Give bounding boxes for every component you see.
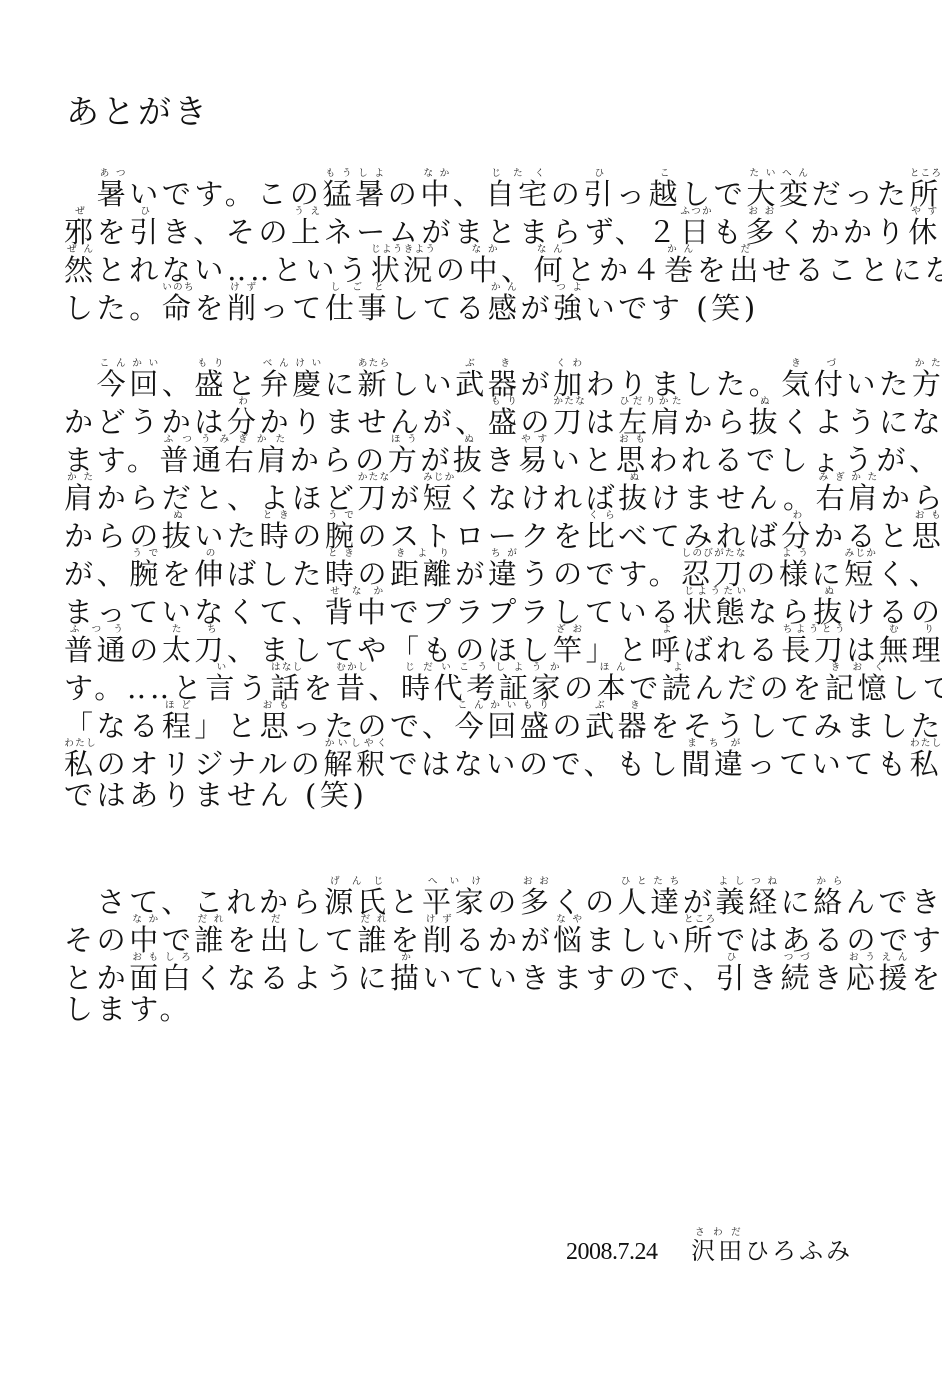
furigana: きおく <box>825 662 890 673</box>
furigana: あつ <box>97 168 130 179</box>
ruby-word: 猛暑もうしよ <box>323 177 388 211</box>
furigana: あたら <box>357 358 390 369</box>
page-title: あとがき <box>66 92 210 132</box>
ruby-word: 出だ <box>260 923 293 957</box>
ruby-word: 刀かたな <box>553 405 586 439</box>
furigana: か <box>390 952 423 963</box>
furigana: こんかいもり <box>455 700 553 711</box>
ruby-word: 沢田さわだ <box>691 1237 745 1265</box>
furigana: みじか <box>844 548 877 559</box>
furigana: わたし <box>64 738 97 749</box>
ruby-word: 所ところ <box>684 923 717 957</box>
furigana: なか <box>420 168 453 179</box>
furigana: たち <box>162 624 227 635</box>
furigana: ぬ <box>618 472 651 483</box>
furigana: おも <box>616 434 649 445</box>
furigana: おうえん <box>846 952 911 963</box>
furigana: こんかい <box>97 358 162 369</box>
ruby-word: 伸の <box>194 557 227 591</box>
furigana: うえ <box>291 206 324 217</box>
ruby-word: 背中せなか <box>324 595 389 629</box>
furigana: だ <box>729 244 762 255</box>
furigana: おも <box>912 510 942 521</box>
furigana: かいしやく <box>323 738 388 749</box>
furigana: おお <box>520 876 553 887</box>
ruby-word: 武器ぶき <box>585 709 650 743</box>
ruby-word: 言い <box>205 671 238 705</box>
ruby-word: 悩なや <box>553 923 586 957</box>
ruby-word: 気付きづ <box>781 367 846 401</box>
furigana: かん <box>488 282 521 293</box>
ruby-word: 引ひ <box>583 177 616 211</box>
ruby-word: 上うえ <box>291 215 324 249</box>
ruby-word: 多おお <box>520 885 553 919</box>
ruby-word: 暑あつ <box>97 177 130 211</box>
furigana: とき <box>260 510 293 521</box>
furigana: ほん <box>597 662 630 673</box>
signature-date: 2008.7.24 <box>566 1239 658 1265</box>
ruby-word: 引ひ <box>715 961 748 995</box>
furigana: い <box>205 662 238 673</box>
ruby-word: 義経よしつね <box>715 885 780 919</box>
furigana: しのびがたな <box>681 548 746 559</box>
ruby-word: 抜ぬ <box>162 519 195 553</box>
furigana: わ <box>227 396 260 407</box>
furigana: かた <box>64 472 97 483</box>
furigana: から <box>813 876 846 887</box>
furigana: さわだ <box>691 1227 745 1238</box>
furigana: つづ <box>781 952 814 963</box>
ruby-word: 盛もり <box>194 367 227 401</box>
ruby-word: 新あたら <box>357 367 390 401</box>
ruby-word: 自宅じたく <box>486 177 551 211</box>
furigana: ところ <box>684 914 717 925</box>
ruby-word: 削けず <box>227 291 260 325</box>
furigana: よ <box>662 662 695 673</box>
furigana: きより <box>390 548 455 559</box>
furigana: ひ <box>715 952 748 963</box>
furigana: ところ <box>909 168 942 179</box>
furigana: きづ <box>781 358 846 369</box>
ruby-word: 出だ <box>729 253 762 287</box>
ruby-word: 間違まちが <box>681 747 746 781</box>
ruby-word: 抜ぬ <box>618 481 651 515</box>
ruby-word: 記憶きおく <box>825 671 890 705</box>
ruby-word: 今回盛こんかいもり <box>455 709 553 743</box>
ruby-word: 弁慶べんけい <box>260 367 325 401</box>
furigana: いのち <box>162 282 195 293</box>
furigana: かん <box>664 244 697 255</box>
ruby-word: 休やす <box>908 215 941 249</box>
furigana: まちが <box>681 738 746 749</box>
furigana: やす <box>518 434 551 445</box>
furigana: おもしろ <box>129 952 194 963</box>
furigana: よう <box>779 548 812 559</box>
ruby-word: 刀かたな <box>357 481 390 515</box>
signature-author: 沢田さわだひろふみ <box>691 1237 853 1265</box>
furigana: ちが <box>488 548 521 559</box>
furigana: げんじ <box>324 876 389 887</box>
ruby-word: 絡から <box>813 885 846 919</box>
furigana: うで <box>325 510 358 521</box>
furigana: ぶき <box>455 358 520 369</box>
ruby-word: 削けず <box>423 923 456 957</box>
text-line: 暑あついです。この猛暑もうしよの中なか、自宅じたくの引ひっ越こしで大変たいへんだ… <box>64 168 864 206</box>
furigana: とき <box>325 548 358 559</box>
ruby-word: 肩かた <box>64 481 97 515</box>
furigana: くら <box>586 510 619 521</box>
ruby-word: 方ほう <box>388 443 421 477</box>
ruby-word: 盛もり <box>488 405 521 439</box>
ruby-word: 中なか <box>420 177 453 211</box>
furigana: ひ <box>583 168 616 179</box>
ruby-word: 仕事しごと <box>325 291 390 325</box>
furigana: しごと <box>325 282 390 293</box>
ruby-word: 右肩みぎかた <box>816 481 881 515</box>
furigana: はなし <box>271 662 304 673</box>
furigana: なや <box>553 914 586 925</box>
ruby-word: 普通ふつう <box>64 633 129 667</box>
furigana: ぜ <box>64 206 97 217</box>
furigana: かたな <box>357 472 390 483</box>
furigana: ぬ <box>453 434 486 445</box>
ruby-word: 程ほど <box>162 709 195 743</box>
furigana: こ <box>649 168 682 179</box>
text-line: 今回こんかい、盛もりと弁慶べんけいに新あたらしい武器ぶきが加くわわりました。気付… <box>64 358 864 396</box>
furigana: わたし <box>910 738 942 749</box>
furigana: おお <box>745 206 778 217</box>
furigana: おも <box>260 700 293 711</box>
ruby-word: 様よう <box>779 557 812 591</box>
furigana: なか <box>469 244 502 255</box>
ruby-word: 方かた <box>912 367 942 401</box>
paragraph-new-weapons: 今回こんかい、盛もりと弁慶べんけいに新あたらしい武器ぶきが加くわわりました。気付… <box>64 358 864 814</box>
furigana: むかし <box>336 662 369 673</box>
furigana: なか <box>129 914 162 925</box>
furigana: じだいこうしようか <box>401 662 564 673</box>
paragraph-summer-move: 暑あついです。この猛暑もうしよの中なか、自宅じたくの引ひっ越こしで大変たいへんだ… <box>64 168 864 320</box>
furigana: かたな <box>553 396 586 407</box>
ruby-word: 抜ぬ <box>749 405 782 439</box>
furigana: なん <box>534 244 567 255</box>
furigana: ほう <box>388 434 421 445</box>
ruby-word: 状態じようたい <box>683 595 748 629</box>
furigana: ふつか <box>680 206 713 217</box>
ruby-word: 腕うで <box>129 557 162 591</box>
furigana: へいけ <box>422 876 487 887</box>
furigana: たいへん <box>746 168 811 179</box>
ruby-word: 読よ <box>662 671 695 705</box>
furigana: ちようとう <box>781 624 846 635</box>
ruby-word: 然ぜん <box>64 253 97 287</box>
ruby-word: 今回こんかい <box>97 367 162 401</box>
ruby-word: 昔むかし <box>336 671 369 705</box>
furigana: わ <box>781 510 814 521</box>
furigana: くわ <box>553 358 586 369</box>
furigana: ひ <box>129 206 162 217</box>
furigana: ひとたち <box>618 876 683 887</box>
ruby-word: 思おも <box>912 519 942 553</box>
furigana: ふつう <box>64 624 129 635</box>
furigana: ぬ <box>749 396 782 407</box>
paragraph-genji-heike: さて、これから源氏げんじと平家へいけの多おおくの人達ひとたちが義経よしつねに絡か… <box>64 876 864 1028</box>
furigana: ぬ <box>813 586 846 597</box>
ruby-word: 描か <box>390 961 423 995</box>
furigana: ひだりかた <box>618 396 683 407</box>
ruby-word: 違ちが <box>488 557 521 591</box>
furigana: ざお <box>553 624 586 635</box>
ruby-word: 易やす <box>518 443 551 477</box>
ruby-word: 短みじか <box>423 481 456 515</box>
furigana: じたく <box>486 168 551 179</box>
ruby-word: 巻かん <box>664 253 697 287</box>
ruby-word: 応援おうえん <box>846 961 911 995</box>
furigana: ほど <box>162 700 195 711</box>
furigana: せなか <box>324 586 389 597</box>
ruby-word: 比くら <box>586 519 619 553</box>
furigana: かた <box>912 358 942 369</box>
furigana: の <box>194 548 227 559</box>
furigana: けず <box>423 914 456 925</box>
furigana: やす <box>908 206 941 217</box>
furigana: けず <box>227 282 260 293</box>
ruby-word: 思おも <box>260 709 293 743</box>
furigana: うで <box>129 548 162 559</box>
ruby-word: 命いのち <box>162 291 195 325</box>
furigana: だ <box>260 914 293 925</box>
ruby-word: 普通右肩ふつうみぎかた <box>159 443 289 477</box>
furigana: もうしよ <box>323 168 388 179</box>
signature: 2008.7.24 沢田さわだひろふみ <box>566 1226 853 1277</box>
ruby-word: 引ひ <box>129 215 162 249</box>
furigana: ぜん <box>64 244 97 255</box>
furigana: ぶき <box>585 700 650 711</box>
ruby-word: 短みじか <box>844 557 877 591</box>
ruby-word: 私わたし <box>910 747 942 781</box>
furigana: もり <box>488 396 521 407</box>
furigana: つよ <box>553 282 586 293</box>
furigana: ぬ <box>162 510 195 521</box>
furigana: むり <box>879 624 942 635</box>
ruby-word: 誰だれ <box>357 923 390 957</box>
furigana: よ <box>651 624 684 635</box>
furigana: だれ <box>194 914 227 925</box>
furigana: べんけい <box>260 358 325 369</box>
ruby-word: 距離きより <box>390 557 455 591</box>
ruby-word: 時とき <box>260 519 293 553</box>
ruby-word: 人達ひとたち <box>618 885 683 919</box>
ruby-word: 強つよ <box>553 291 586 325</box>
ruby-word: 抜ぬ <box>453 443 486 477</box>
furigana: もり <box>194 358 227 369</box>
furigana: みぎかた <box>816 472 881 483</box>
text-line: さて、これから源氏げんじと平家へいけの多おおくの人達ひとたちが義経よしつねに絡か… <box>64 876 864 914</box>
furigana: じようたい <box>683 586 748 597</box>
furigana: ふつうみぎかた <box>159 434 289 445</box>
furigana: じようきよう <box>371 244 436 255</box>
furigana: みじか <box>423 472 456 483</box>
furigana: よしつね <box>715 876 780 887</box>
ruby-word: 越こ <box>649 177 682 211</box>
furigana: だれ <box>357 914 390 925</box>
ruby-word: 続つづ <box>781 961 814 995</box>
ruby-word: 感かん <box>488 291 521 325</box>
ruby-word: 誰だれ <box>194 923 227 957</box>
